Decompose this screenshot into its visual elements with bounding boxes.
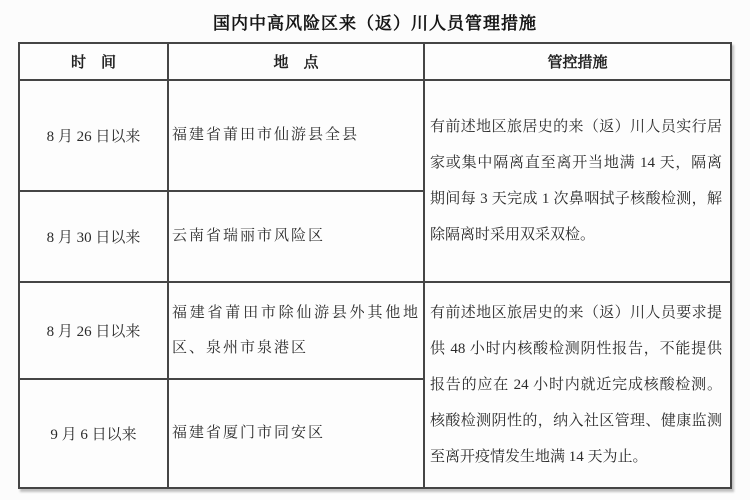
- page-title: 国内中高风险区来（返）川人员管理措施: [0, 9, 750, 34]
- header-time: 时 间: [19, 43, 168, 80]
- header-location: 地 点: [168, 43, 424, 80]
- location-cell: 福建省厦门市同安区: [168, 379, 424, 488]
- time-cell: 8 月 26 日以来: [19, 80, 168, 191]
- measure-cell: 有前述地区旅居史的来（返）川人员实行居家或集中隔离直至离开当地满 14 天，隔离…: [424, 80, 731, 282]
- table-header-row: 时 间 地 点 管控措施: [19, 43, 731, 80]
- header-measures: 管控措施: [424, 43, 731, 80]
- table-row: 8 月 26 日以来 福建省莆田市仙游县全县 有前述地区旅居史的来（返）川人员实…: [19, 80, 731, 191]
- time-cell: 8 月 30 日以来: [19, 191, 168, 282]
- location-cell: 云南省瑞丽市风险区: [168, 191, 424, 282]
- time-cell: 8 月 26 日以来: [19, 282, 168, 379]
- page: 国内中高风险区来（返）川人员管理措施 时 间 地 点 管控措施 8 月 26 日…: [0, 0, 750, 500]
- table-row: 8 月 26 日以来 福建省莆田市除仙游县外其他地区、泉州市泉港区 有前述地区旅…: [19, 282, 731, 379]
- measure-cell: 有前述地区旅居史的来（返）川人员要求提供 48 小时内核酸检测阴性报告，不能提供…: [424, 282, 731, 488]
- time-cell: 9 月 6 日以来: [19, 379, 168, 488]
- location-cell: 福建省莆田市除仙游县外其他地区、泉州市泉港区: [168, 282, 424, 379]
- location-cell: 福建省莆田市仙游县全县: [168, 80, 424, 191]
- measures-table: 时 间 地 点 管控措施 8 月 26 日以来 福建省莆田市仙游县全县 有前述地…: [18, 42, 732, 489]
